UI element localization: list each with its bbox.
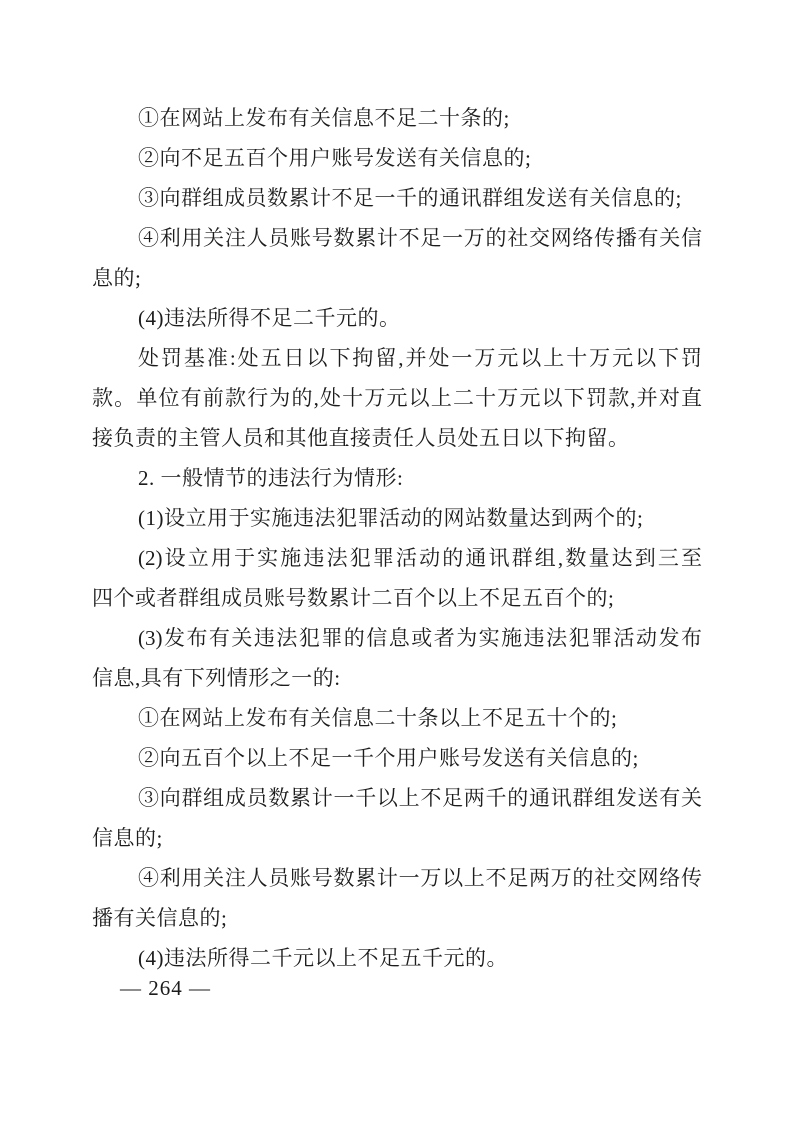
text-line-11: (1)设立用于实施违法犯罪活动的网站数量达到两个的; — [92, 498, 702, 538]
text-line-2: ②向不足五百个用户账号发送有关信息的; — [92, 138, 702, 178]
text-line-15: 信息,具有下列情形之一的: — [92, 658, 702, 698]
page-number-footer: — 264 — — [120, 968, 211, 1008]
text-line-6: (4)违法所得不足二千元的。 — [92, 298, 702, 338]
text-line-8: 款。单位有前款行为的,处十万元以上二十万元以下罚款,并对直 — [92, 378, 702, 418]
text-line-13: 四个或者群组成员账号数累计二百个以上不足五百个的; — [92, 578, 702, 618]
text-line-5: 息的; — [92, 258, 702, 298]
text-line-16: ①在网站上发布有关信息二十条以上不足五十个的; — [92, 698, 702, 738]
text-line-4: ④利用关注人员账号数累计不足一万的社交网络传播有关信 — [92, 218, 702, 258]
text-line-18: ③向群组成员数累计一千以上不足两千的通讯群组发送有关 — [92, 778, 702, 818]
text-line-20: ④利用关注人员账号数累计一万以上不足两万的社交网络传 — [92, 858, 702, 898]
text-line-10: 2. 一般情节的违法行为情形: — [92, 458, 702, 498]
text-block: ①在网站上发布有关信息不足二十条的;②向不足五百个用户账号发送有关信息的;③向群… — [92, 98, 702, 978]
text-line-17: ②向五百个以上不足一千个用户账号发送有关信息的; — [92, 738, 702, 778]
text-line-3: ③向群组成员数累计不足一千的通讯群组发送有关信息的; — [92, 178, 702, 218]
text-line-19: 信息的; — [92, 818, 702, 858]
document-page: ①在网站上发布有关信息不足二十条的;②向不足五百个用户账号发送有关信息的;③向群… — [0, 0, 793, 1122]
text-line-14: (3)发布有关违法犯罪的信息或者为实施违法犯罪活动发布 — [92, 618, 702, 658]
text-line-1: ①在网站上发布有关信息不足二十条的; — [92, 98, 702, 138]
text-line-21: 播有关信息的; — [92, 898, 702, 938]
text-line-9: 接负责的主管人员和其他直接责任人员处五日以下拘留。 — [92, 418, 702, 458]
text-line-7: 处罚基准:处五日以下拘留,并处一万元以上十万元以下罚 — [92, 338, 702, 378]
text-line-12: (2)设立用于实施违法犯罪活动的通讯群组,数量达到三至 — [92, 538, 702, 578]
